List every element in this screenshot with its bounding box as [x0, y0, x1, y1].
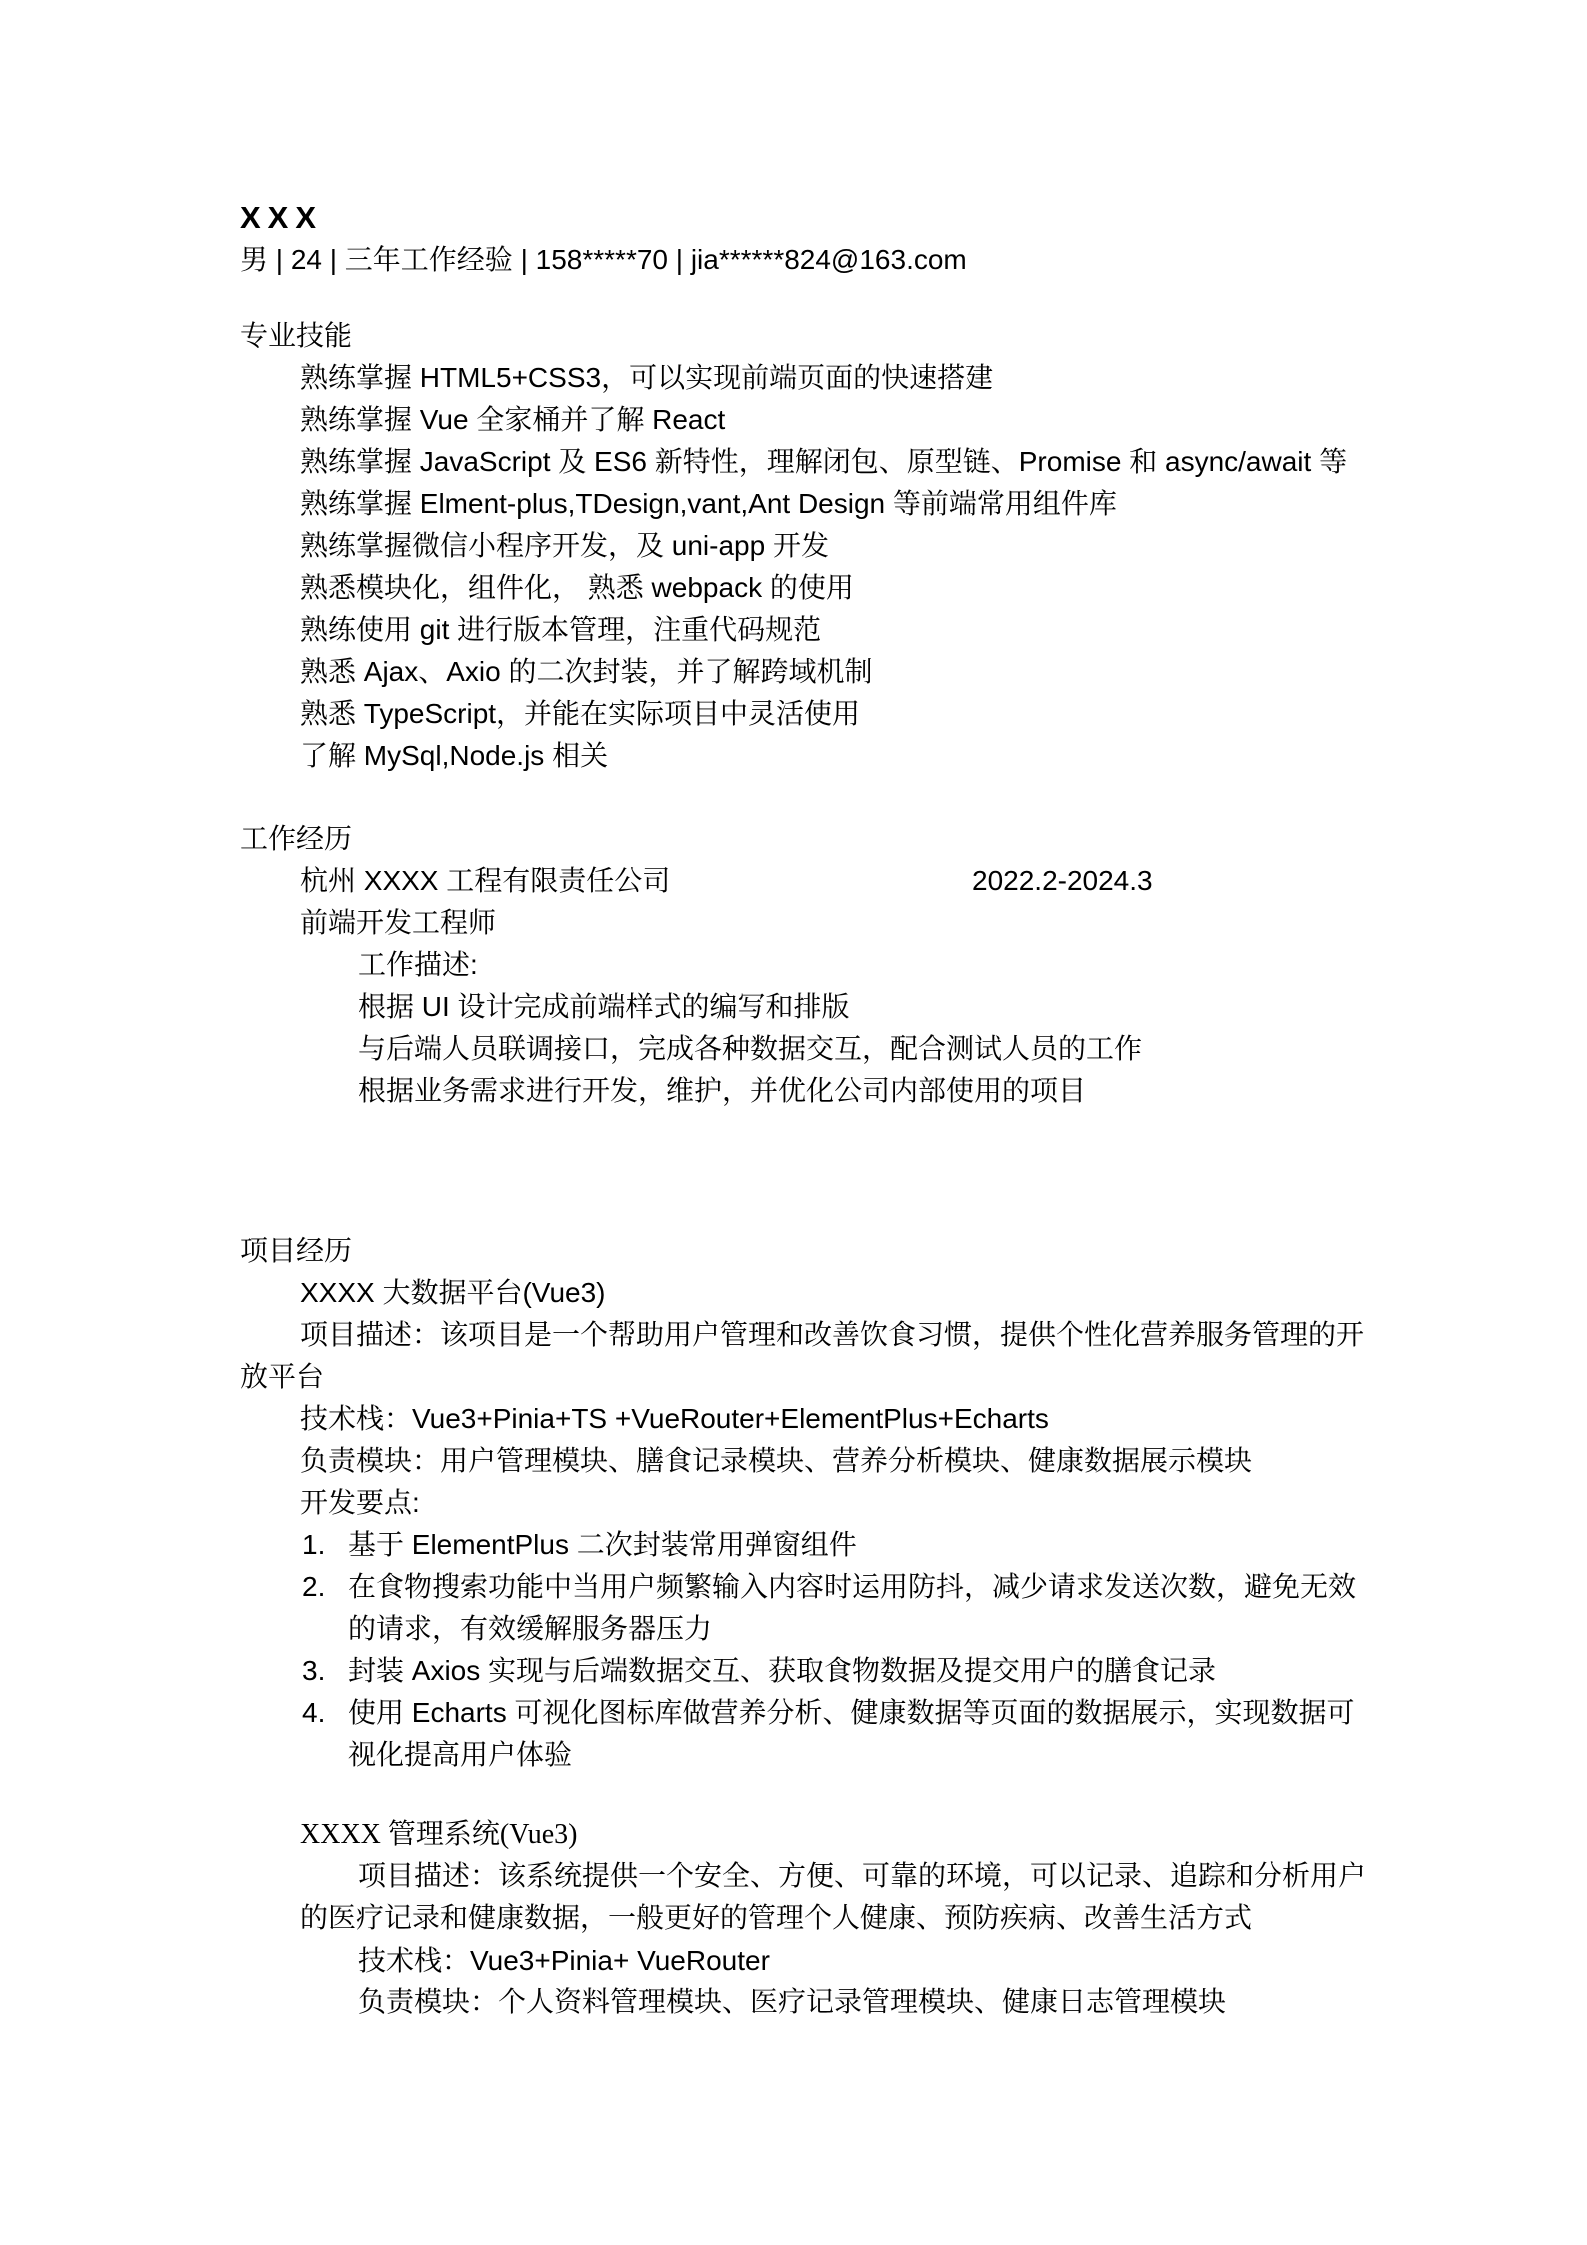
candidate-name: XXX	[240, 197, 1370, 239]
company-row: 杭州 XXXX 工程有限责任公司 2022.2-2024.3	[240, 860, 1370, 902]
project-2: XXXX 管理系统(Vue3) 项目描述：该系统提供一个安全、方便、可靠的环境，…	[240, 1814, 1370, 2024]
project-tech-stack: 技术栈：Vue3+Pinia+TS +VueRouter+ElementPlus…	[240, 1398, 1370, 1440]
skill-item: 熟练掌握 HTML5+CSS3，可以实现前端页面的快速搭建	[240, 357, 1370, 399]
resume-page: { "colors": { "text": "#000000", "backgr…	[0, 0, 1587, 2245]
project-tech-stack: 技术栈：Vue3+Pinia+ VueRouter	[240, 1940, 1370, 1982]
skill-item: 熟悉模块化，组件化， 熟悉 webpack 的使用	[240, 567, 1370, 609]
project-modules: 负责模块：用户管理模块、膳食记录模块、营养分析模块、健康数据展示模块	[240, 1440, 1370, 1482]
resume-header: XXX 男 | 24 | 三年工作经验 | 158*****70 | jia**…	[240, 197, 1370, 281]
skill-item: 熟练掌握微信小程序开发，及 uni-app 开发	[240, 525, 1370, 567]
project-description: 项目描述：该系统提供一个安全、方便、可靠的环境，可以记录、追踪和分析用户的医疗记…	[300, 1856, 1370, 1940]
work-title: 工作经历	[240, 818, 1370, 860]
work-period: 2022.2-2024.3	[972, 860, 1153, 902]
dev-points-list: 1. 基于 ElementPlus 二次封装常用弹窗组件 2. 在食物搜索功能中…	[302, 1524, 1370, 1776]
skill-item: 熟悉 Ajax、Axio 的二次封装，并了解跨域机制	[240, 651, 1370, 693]
skills-title: 专业技能	[240, 315, 1370, 357]
point-number: 3.	[302, 1650, 348, 1692]
contact-info: 男 | 24 | 三年工作经验 | 158*****70 | jia******…	[240, 239, 1370, 281]
project-description: 项目描述：该项目是一个帮助用户管理和改善饮食习惯，提供个性化营养服务管理的开放平…	[240, 1314, 1370, 1398]
skills-section: 专业技能 熟练掌握 HTML5+CSS3，可以实现前端页面的快速搭建 熟练掌握 …	[240, 315, 1370, 777]
skill-item: 熟练掌握 JavaScript 及 ES6 新特性，理解闭包、原型链、Promi…	[240, 441, 1370, 483]
project-name: XXXX 管理系统(Vue3)	[240, 1814, 1370, 1856]
point-text: 在食物搜索功能中当用户频繁输入内容时运用防抖，减少请求发送次数，避免无效的请求，…	[348, 1566, 1370, 1650]
projects-title: 项目经历	[240, 1230, 1370, 1272]
skill-item: 熟练使用 git 进行版本管理，注重代码规范	[240, 609, 1370, 651]
point-text: 基于 ElementPlus 二次封装常用弹窗组件	[348, 1524, 1370, 1566]
dev-point-item: 2. 在食物搜索功能中当用户频繁输入内容时运用防抖，减少请求发送次数，避免无效的…	[302, 1566, 1370, 1650]
dev-points-label: 开发要点:	[240, 1482, 1370, 1524]
point-text: 封装 Axios 实现与后端数据交互、获取食物数据及提交用户的膳食记录	[348, 1650, 1370, 1692]
work-desc-label: 工作描述:	[240, 944, 1370, 986]
resume-content: XXX 男 | 24 | 三年工作经验 | 158*****70 | jia**…	[240, 0, 1370, 2024]
project-modules: 负责模块：个人资料管理模块、医疗记录管理模块、健康日志管理模块	[240, 1982, 1370, 2024]
dev-point-item: 1. 基于 ElementPlus 二次封装常用弹窗组件	[302, 1524, 1370, 1566]
point-number: 2.	[302, 1566, 348, 1650]
work-desc-list: 根据 UI 设计完成前端样式的编写和排版 与后端人员联调接口，完成各种数据交互，…	[240, 986, 1370, 1112]
project-name: XXXX 大数据平台(Vue3)	[240, 1272, 1370, 1314]
point-number: 1.	[302, 1524, 348, 1566]
job-title: 前端开发工程师	[240, 902, 1370, 944]
work-desc-item: 根据 UI 设计完成前端样式的编写和排版	[240, 986, 1370, 1028]
skill-item: 熟练掌握 Elment-plus,TDesign,vant,Ant Design…	[240, 483, 1370, 525]
point-number: 4.	[302, 1692, 348, 1776]
company-name: 杭州 XXXX 工程有限责任公司	[300, 865, 670, 896]
skill-item: 熟练掌握 Vue 全家桶并了解 React	[240, 399, 1370, 441]
work-desc-item: 根据业务需求进行开发，维护，并优化公司内部使用的项目	[240, 1070, 1370, 1112]
project-1: XXXX 大数据平台(Vue3) 项目描述：该项目是一个帮助用户管理和改善饮食习…	[240, 1272, 1370, 1776]
work-experience-section: 工作经历 杭州 XXXX 工程有限责任公司 2022.2-2024.3 前端开发…	[240, 818, 1370, 1112]
skill-item: 熟悉 TypeScript，并能在实际项目中灵活使用	[240, 693, 1370, 735]
work-desc-item: 与后端人员联调接口，完成各种数据交互，配合测试人员的工作	[240, 1028, 1370, 1070]
skills-list: 熟练掌握 HTML5+CSS3，可以实现前端页面的快速搭建 熟练掌握 Vue 全…	[240, 357, 1370, 777]
dev-point-item: 4. 使用 Echarts 可视化图标库做营养分析、健康数据等页面的数据展示，实…	[302, 1692, 1370, 1776]
skill-item: 了解 MySql,Node.js 相关	[240, 735, 1370, 777]
dev-point-item: 3. 封装 Axios 实现与后端数据交互、获取食物数据及提交用户的膳食记录	[302, 1650, 1370, 1692]
projects-section: 项目经历 XXXX 大数据平台(Vue3) 项目描述：该项目是一个帮助用户管理和…	[240, 1230, 1370, 2024]
point-text: 使用 Echarts 可视化图标库做营养分析、健康数据等页面的数据展示，实现数据…	[348, 1692, 1370, 1776]
